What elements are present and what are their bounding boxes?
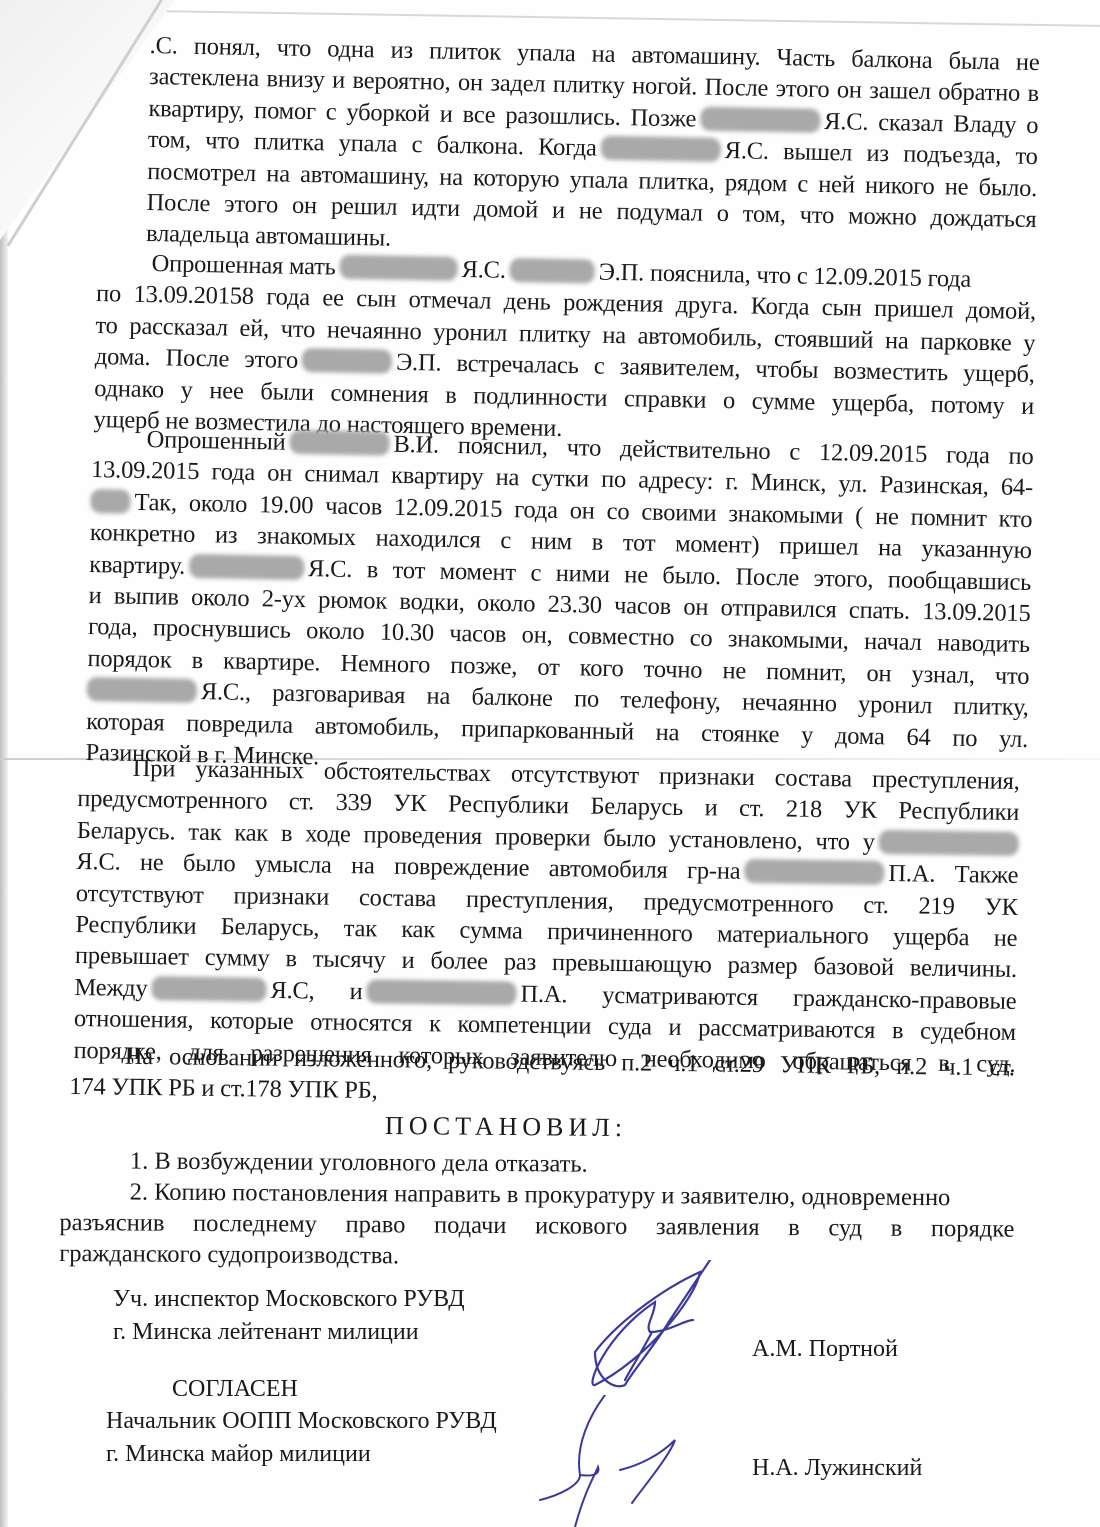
paragraph-4: При указанных обстоятельствах отсутствую… — [73, 752, 1020, 1080]
paragraph-5: На основании изложенного, руководствуясь… — [69, 1040, 1015, 1115]
redacted-name — [510, 258, 595, 284]
redacted-name — [151, 976, 266, 1002]
signatory-2-title: Начальник ООПП Московского РУВД г. Минск… — [106, 1405, 497, 1471]
redacted-name — [189, 553, 304, 579]
paragraph-2: Опрошенная матьЯ.С.Э.П. пояснила, что с … — [93, 247, 1036, 453]
redacted-name — [700, 106, 820, 132]
paragraph-1: .С. понял, что одна из плиток упала на а… — [146, 30, 1040, 267]
signatory-2-name: Н.А. Лужинский — [752, 1452, 922, 1485]
redacted-name — [289, 430, 389, 456]
signatory-1-name: А.М. Портной — [752, 1333, 898, 1366]
redacted-name — [87, 677, 197, 703]
decree-heading: ПОСТАНОВИЛ: — [385, 1111, 627, 1143]
redacted-name — [339, 255, 457, 281]
redacted-apartment — [90, 489, 130, 514]
top-fold-line — [150, 10, 1100, 27]
paragraph-3: ОпрошенныйВ.И. пояснил, что действительн… — [85, 423, 1033, 786]
decision-list: 1. В возбуждении уголовного дела отказат… — [59, 1145, 1015, 1276]
redacted-name — [600, 136, 720, 162]
document-page: .С. понял, что одна из плиток упала на а… — [0, 0, 1100, 1527]
redacted-name — [879, 830, 1019, 856]
approval-label: СОГЛАСЕН — [172, 1373, 298, 1406]
signatory-1-title: Уч. инспектор Московского РУВД г. Минска… — [113, 1283, 465, 1349]
redacted-name — [366, 979, 516, 1005]
signature-luzhinsky — [520, 1395, 720, 1527]
redacted-name — [302, 348, 392, 374]
redacted-name — [744, 859, 884, 885]
